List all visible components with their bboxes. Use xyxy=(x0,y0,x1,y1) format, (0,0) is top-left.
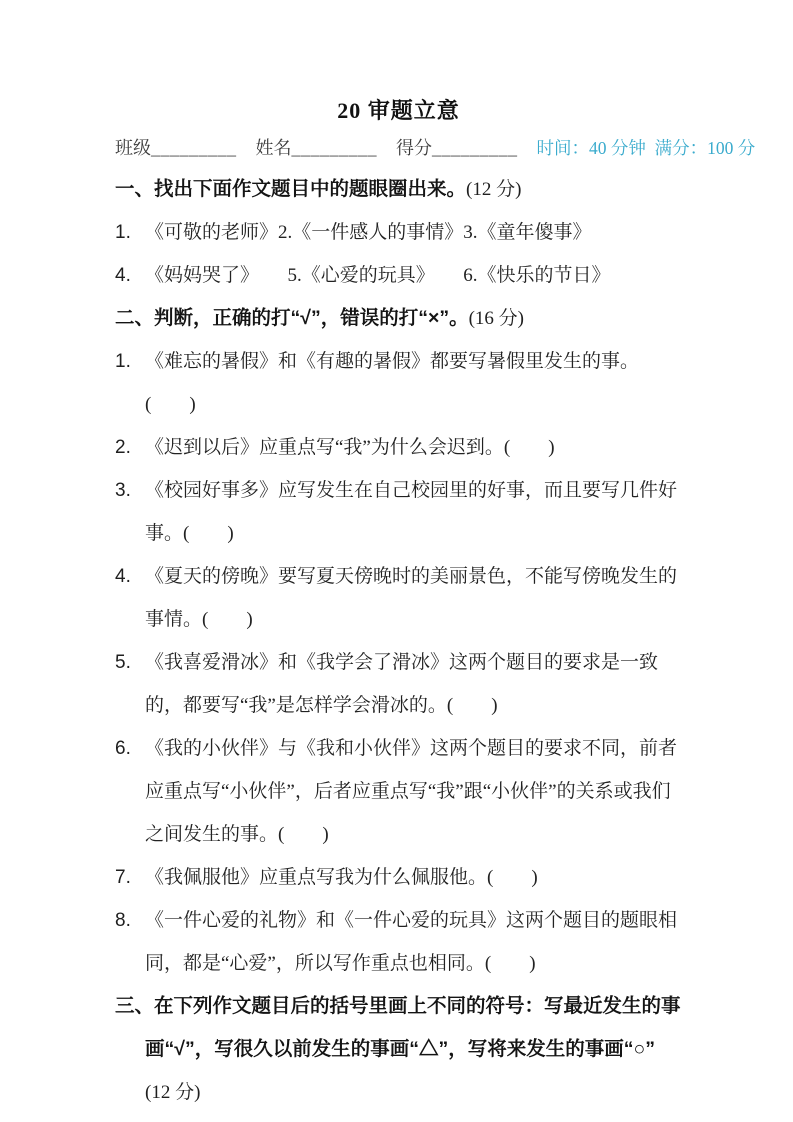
section3-score: (12 分) xyxy=(115,1071,682,1114)
item-text: 《我喜爱滑冰》和《我学会了滑冰》这两个题目的要求是一致的，都要写“我”是怎样学会… xyxy=(145,652,658,716)
item-number: 4. xyxy=(115,254,131,297)
class-field: 班级_________ xyxy=(115,128,237,168)
class-blank-line: _________ xyxy=(151,138,237,158)
item-text: 《难忘的暑假》和《有趣的暑假》都要写暑假里发生的事。( ) xyxy=(145,351,639,415)
item-number: 7. xyxy=(115,856,131,899)
item-text: 《迟到以后》应重点写“我”为什么会迟到。( ) xyxy=(145,437,555,458)
judge-item: 4.《夏天的傍晚》要写夏天傍晚时的美丽景色，不能写傍晚发生的事情。( ) xyxy=(115,555,682,641)
score-label: 得分 xyxy=(396,138,432,158)
section1-row: 4.《妈妈哭了》 5.《心爱的玩具》 6.《快乐的节日》 xyxy=(115,254,682,297)
worksheet-content: 20 审题立意 班级_________ 姓名_________ 得分______… xyxy=(115,94,682,1114)
item-number: 8. xyxy=(115,899,131,942)
judge-item: 6.《我的小伙伴》与《我和小伙伴》这两个题目的要求不同，前者应重点写“小伙伴”，… xyxy=(115,727,682,856)
score-field: 得分_________ xyxy=(396,128,518,168)
time-fullscore-info: 时间：40 分钟 满分：100 分 xyxy=(537,128,756,168)
name-blank-line: _________ xyxy=(292,138,378,158)
item-number: 3. xyxy=(115,469,131,512)
section3-heading-text: 三、在下列作文题目后的括号里画上不同的符号：写最近发生的事画“√”，写很久以前发… xyxy=(115,995,681,1060)
item-number: 5. xyxy=(115,641,131,684)
section1-score: (12 分) xyxy=(466,179,521,200)
item-text: 《校园好事多》应写发生在自己校园里的好事，而且要写几件好事。( ) xyxy=(145,480,677,544)
name-field: 姓名_________ xyxy=(256,128,378,168)
section3-heading: 三、在下列作文题目后的括号里画上不同的符号：写最近发生的事画“√”，写很久以前发… xyxy=(115,985,682,1071)
judge-item: 1.《难忘的暑假》和《有趣的暑假》都要写暑假里发生的事。( ) xyxy=(115,340,682,426)
section2-heading: 二、判断，正确的打“√”，错误的打“×”。(16 分) xyxy=(115,297,682,340)
name-label: 姓名 xyxy=(256,138,292,158)
page-title: 20 审题立意 xyxy=(115,94,682,128)
header-meta-row: 班级_________ 姓名_________ 得分_________ 时间：4… xyxy=(115,128,682,168)
section2-score: (16 分) xyxy=(469,308,524,329)
item-number: 1. xyxy=(115,340,131,383)
item-number: 4. xyxy=(115,555,131,598)
score-blank-line: _________ xyxy=(432,138,518,158)
judge-item: 8.《一件心爱的礼物》和《一件心爱的玩具》这两个题目的题眼相同，都是“心爱”，所… xyxy=(115,899,682,985)
judge-item: 7.《我佩服他》应重点写我为什么佩服他。( ) xyxy=(115,856,682,899)
judge-item: 5.《我喜爱滑冰》和《我学会了滑冰》这两个题目的要求是一致的，都要写“我”是怎样… xyxy=(115,641,682,727)
item-text: 《可敬的老师》2.《一件感人的事情》3.《童年傻事》 xyxy=(145,222,592,243)
item-text: 《我佩服他》应重点写我为什么佩服他。( ) xyxy=(145,867,538,888)
class-label: 班级 xyxy=(115,138,151,158)
item-text: 《一件心爱的礼物》和《一件心爱的玩具》这两个题目的题眼相同，都是“心爱”，所以写… xyxy=(145,910,677,974)
item-text: 《妈妈哭了》 5.《心爱的玩具》 6.《快乐的节日》 xyxy=(145,265,611,286)
judge-item: 3.《校园好事多》应写发生在自己校园里的好事，而且要写几件好事。( ) xyxy=(115,469,682,555)
worksheet-page: 20 审题立意 班级_________ 姓名_________ 得分______… xyxy=(0,0,793,1122)
item-number: 6. xyxy=(115,727,131,770)
judge-item: 2.《迟到以后》应重点写“我”为什么会迟到。( ) xyxy=(115,426,682,469)
item-text: 《我的小伙伴》与《我和小伙伴》这两个题目的要求不同，前者应重点写“小伙伴”，后者… xyxy=(145,738,677,845)
section1-heading: 一、找出下面作文题目中的题眼圈出来。(12 分) xyxy=(115,168,682,211)
item-text: 《夏天的傍晚》要写夏天傍晚时的美丽景色，不能写傍晚发生的事情。( ) xyxy=(145,566,677,630)
item-number: 1. xyxy=(115,211,131,254)
item-number: 2. xyxy=(115,426,131,469)
section2-heading-text: 二、判断，正确的打“√”，错误的打“×”。 xyxy=(115,307,469,329)
section1-heading-text: 一、找出下面作文题目中的题眼圈出来。 xyxy=(115,178,466,200)
section1-row: 1.《可敬的老师》2.《一件感人的事情》3.《童年傻事》 xyxy=(115,211,682,254)
